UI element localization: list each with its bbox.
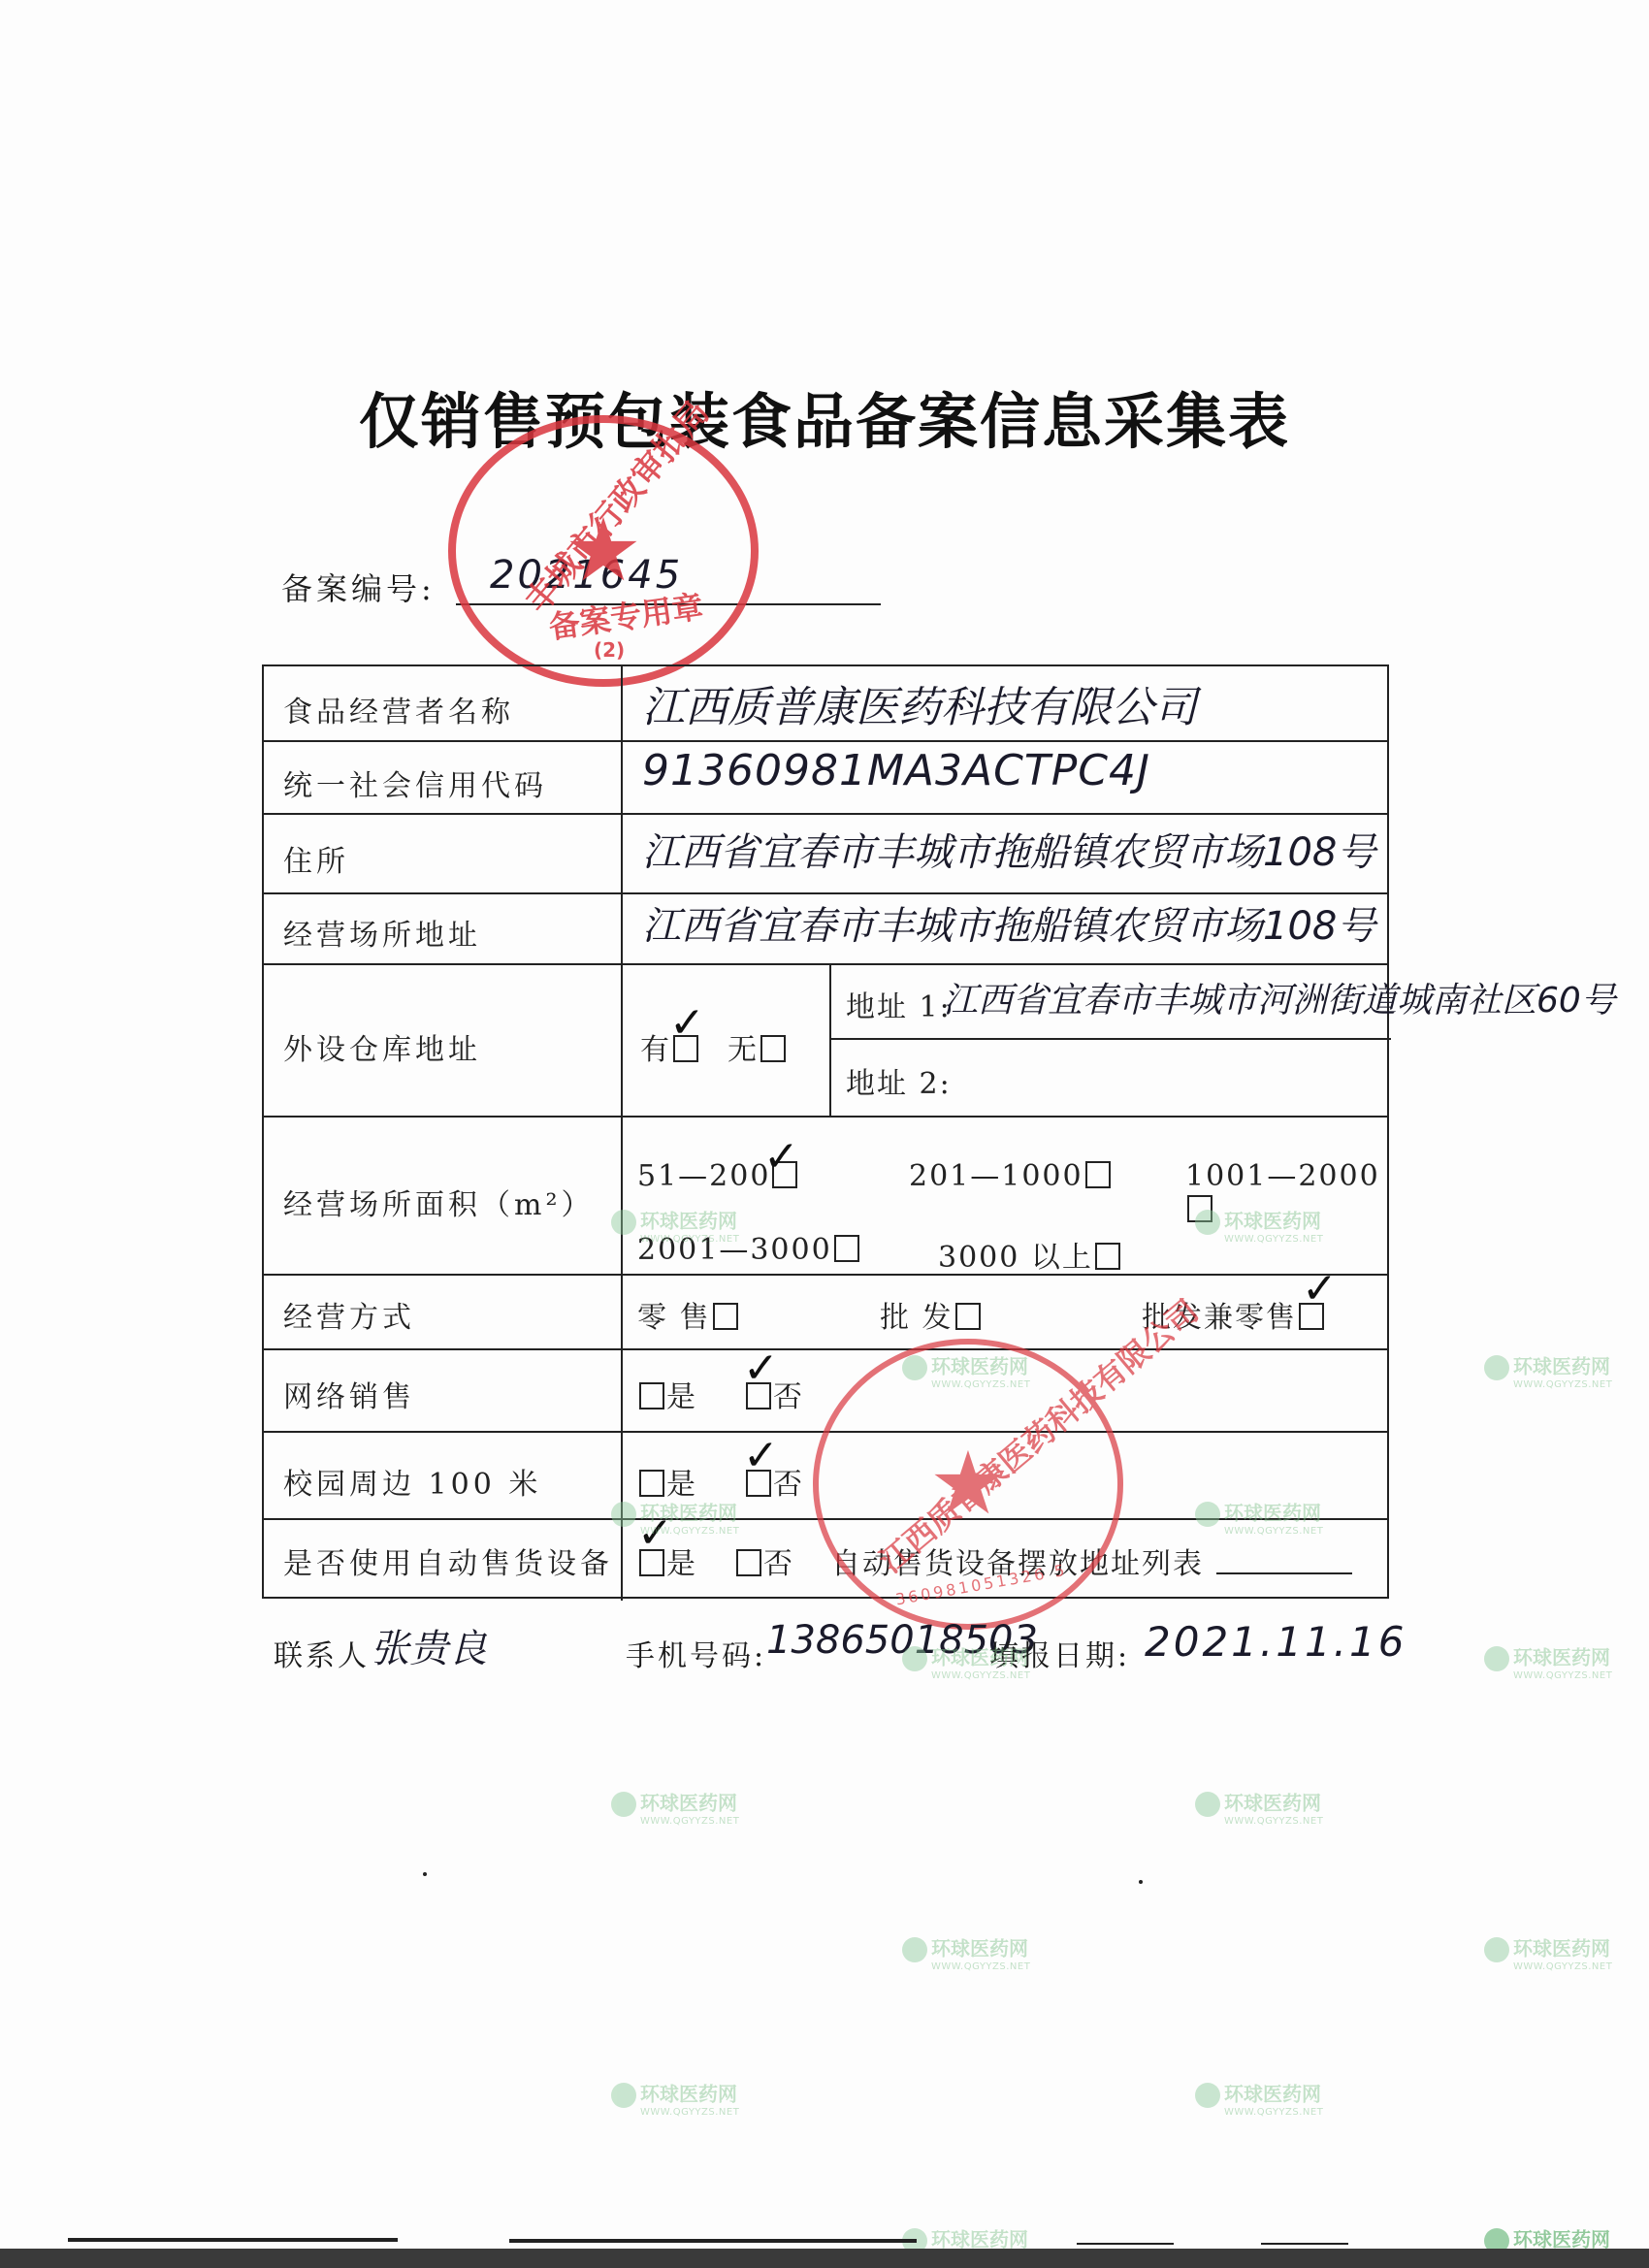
watermark: 环球医药网WWW.QGYYZS.NET xyxy=(1195,1210,1323,1246)
area-option-201-1000[interactable]: 201—1000 xyxy=(909,1159,1113,1193)
online-sales-option-yes[interactable]: 是 xyxy=(637,1373,697,1415)
checkmark-icon: ✓ xyxy=(743,1347,779,1390)
globe-icon xyxy=(902,1937,927,1962)
globe-icon xyxy=(902,1355,927,1380)
watermark: 环球医药网WWW.QGYYZS.NET xyxy=(902,1937,1030,1973)
checkmark-icon: ✓ xyxy=(743,1435,779,1477)
contact-label: 联系人 xyxy=(274,1632,370,1674)
globe-icon xyxy=(1484,1355,1509,1380)
mode-option-retail[interactable]: 零 售 xyxy=(637,1293,740,1336)
campus-option-yes[interactable]: 是 xyxy=(637,1460,697,1503)
watermark: 环球医药网WWW.QGYYZS.NET xyxy=(1484,1937,1612,1973)
checkbox-unchecked[interactable] xyxy=(1095,1243,1120,1270)
vending-label: 是否使用自动售货设备 xyxy=(283,1539,613,1582)
document-title: 仅销售预包装食品备案信息采集表 xyxy=(0,373,1649,460)
warehouse-address2-label: 地址 2: xyxy=(846,1059,952,1102)
globe-icon xyxy=(1195,2083,1220,2108)
globe-icon xyxy=(1484,1646,1509,1671)
watermark: 环球医药网WWW.QGYYZS.NET xyxy=(1484,1355,1612,1391)
globe-icon xyxy=(611,1210,636,1235)
area-label: 经营场所面积（m²） xyxy=(283,1181,594,1223)
contact-value[interactable]: 张贵良 xyxy=(371,1618,487,1673)
warehouse-option-no[interactable]: 无 xyxy=(727,1025,788,1068)
scan-edge-line xyxy=(1077,2243,1174,2245)
checkbox-unchecked[interactable] xyxy=(834,1235,859,1262)
globe-icon xyxy=(1195,1502,1220,1527)
residence-value[interactable]: 江西省宜春市丰城市拖船镇农贸市场108号 xyxy=(642,822,1375,877)
scan-bottom-edge xyxy=(0,2249,1649,2268)
mode-option-wholesale[interactable]: 批 发 xyxy=(880,1293,983,1336)
scan-edge-line xyxy=(509,2239,917,2243)
star-icon: ★ xyxy=(929,1441,1008,1528)
authority-stamp: 丰城市行政审批局 ★ 备案专用章 (2) xyxy=(448,415,759,687)
globe-icon xyxy=(611,1502,636,1527)
campus-label: 校园周边 100 米 xyxy=(283,1460,541,1503)
vending-list-underline xyxy=(1216,1572,1352,1574)
watermark: 环球医药网WWW.QGYYZS.NET xyxy=(902,1646,1030,1682)
watermark: 环球医药网WWW.QGYYZS.NET xyxy=(611,1502,739,1538)
stamp-authority-number: (2) xyxy=(594,638,625,662)
area-option-over-3000[interactable]: 3000 以上 xyxy=(938,1233,1122,1276)
operator-name-label: 食品经营者名称 xyxy=(283,688,514,730)
warehouse-address1-label: 地址 1: xyxy=(846,983,952,1025)
checkbox-unchecked[interactable] xyxy=(736,1549,761,1576)
credit-code-label: 统一社会信用代码 xyxy=(283,761,547,804)
watermark: 环球医药网WWW.QGYYZS.NET xyxy=(1195,2083,1323,2119)
filing-number-label: 备案编号: xyxy=(281,565,436,609)
star-icon: ★ xyxy=(565,507,643,595)
business-mode-label: 经营方式 xyxy=(283,1293,415,1336)
date-value[interactable]: 2021.11.16 xyxy=(1145,1618,1406,1666)
watermark: 环球医药网WWW.QGYYZS.NET xyxy=(1195,1792,1323,1828)
checkbox-unchecked[interactable] xyxy=(713,1303,738,1330)
scan-dot xyxy=(423,1872,427,1876)
watermark: 环球医药网WWW.QGYYZS.NET xyxy=(1484,1646,1612,1682)
watermark: 环球医药网WWW.QGYYZS.NET xyxy=(902,1355,1030,1391)
credit-code-value[interactable]: 91360981MA3ACTPC4J xyxy=(642,746,1150,795)
vending-option-no[interactable]: 否 xyxy=(734,1539,794,1582)
scan-edge-line xyxy=(1261,2243,1348,2245)
watermark: 环球医药网WWW.QGYYZS.NET xyxy=(611,1210,739,1246)
checkbox-unchecked[interactable] xyxy=(955,1303,981,1330)
warehouse-address1-value[interactable]: 江西省宜春市丰城市河洲街道城南社区60号 xyxy=(943,973,1616,1022)
business-address-value[interactable]: 江西省宜春市丰城市拖船镇农贸市场108号 xyxy=(642,895,1375,951)
globe-icon xyxy=(902,1646,927,1671)
checkmark-icon: ✓ xyxy=(763,1136,799,1179)
warehouse-label: 外设仓库地址 xyxy=(283,1025,481,1068)
checkmark-icon: ✓ xyxy=(1302,1268,1338,1311)
checkbox-unchecked[interactable] xyxy=(639,1470,664,1497)
globe-icon xyxy=(1484,1937,1509,1962)
checkmark-icon: ✓ xyxy=(669,1002,705,1045)
watermark: 环球医药网WWW.QGYYZS.NET xyxy=(611,2083,739,2119)
checkbox-unchecked[interactable] xyxy=(639,1382,664,1409)
business-address-label: 经营场所地址 xyxy=(283,911,481,954)
globe-icon xyxy=(1195,1792,1220,1817)
scan-dot xyxy=(1139,1880,1143,1884)
checkbox-unchecked[interactable] xyxy=(1085,1161,1111,1188)
watermark: 环球医药网WWW.QGYYZS.NET xyxy=(1195,1502,1323,1538)
residence-label: 住所 xyxy=(283,837,349,880)
checkbox-unchecked[interactable] xyxy=(760,1035,786,1062)
globe-icon xyxy=(611,2083,636,2108)
stamp-company-number: 360981051326 5 xyxy=(894,1561,1069,1609)
globe-icon xyxy=(1195,1210,1220,1235)
phone-label: 手机号码: xyxy=(626,1632,766,1674)
watermark: 环球医药网WWW.QGYYZS.NET xyxy=(611,1792,739,1828)
globe-icon xyxy=(611,1792,636,1817)
operator-name-value[interactable]: 江西质普康医药科技有限公司 xyxy=(642,672,1197,734)
scan-edge-line xyxy=(68,2238,398,2242)
online-sales-label: 网络销售 xyxy=(283,1373,415,1415)
